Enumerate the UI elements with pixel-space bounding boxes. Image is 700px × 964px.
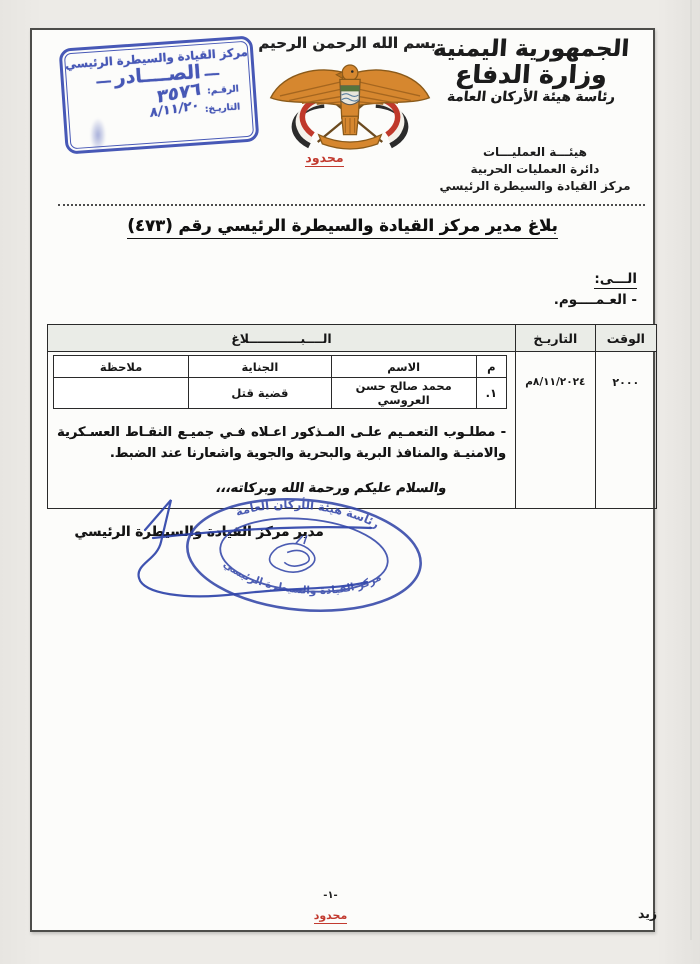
- name-column-header: الاسم: [331, 356, 476, 378]
- suspect-crime: قضية قتل: [189, 378, 332, 409]
- date-column-header: التاريـخ: [516, 325, 596, 352]
- suspect-serial: ١.: [476, 378, 506, 409]
- chest-shield-icon: [341, 86, 359, 105]
- war-operations-dept-line: دائرة العمليات الحربية: [423, 161, 647, 178]
- sub-table-header-row: م الاسم الجناية ملاحظة: [54, 356, 507, 378]
- document-page: مركز القيادة والسيطرة الرئيسي ـــ الصـــ…: [30, 28, 655, 932]
- page-number: -١-: [32, 890, 629, 901]
- scroll-icon: [319, 135, 382, 149]
- suspect-row: ١. محمد صالح حسن العروسي قضية قتل: [54, 378, 507, 409]
- oval-command-stamp: رئاسة هيئة الأركان العامة مركز القيادة و…: [183, 492, 426, 620]
- outgoing-number-label: الرقـم:: [207, 85, 239, 96]
- government-header: الجمهورية اليمنية وزارة الدفاع رئاسة هيئ…: [413, 36, 649, 105]
- report-table: الوقت التاريـخ الــــبــــــــــــلاغ ٢٠…: [47, 324, 657, 509]
- stamp-top-arc-text: رئاسة هيئة الأركان العامة: [233, 492, 384, 532]
- serial-column-header: م: [476, 356, 506, 378]
- operations-authority-line: هيئـــة العمليـــات: [423, 144, 647, 161]
- to-value: - العـمــــوم.: [554, 292, 637, 308]
- report-column-header: الــــبــــــــــــلاغ: [48, 325, 516, 352]
- report-cell: م الاسم الجناية ملاحظة ١. محمد صالح حسن …: [48, 352, 516, 509]
- yemen-eagle-emblem: [267, 60, 433, 154]
- classification-marking-bottom: محدود: [32, 904, 629, 923]
- stamp-center-emblem-icon: [269, 532, 317, 574]
- report-table-body-row: ٢٠٠٠ ٨/١١/٢٠٢٤م م الاسم الجناية ملاحظة ١…: [48, 352, 657, 509]
- command-center-line: مركز القيادة والسيطرة الرئيسي: [423, 178, 647, 195]
- department-header: هيئـــة العمليـــات دائرة العمليات الحرب…: [423, 144, 647, 194]
- time-column-header: الوقت: [595, 325, 656, 352]
- crime-column-header: الجناية: [189, 356, 332, 378]
- dotted-separator: [58, 204, 645, 206]
- country-name-calligraphy: الجمهورية اليمنية: [412, 36, 650, 62]
- outgoing-registry-stamp: مركز القيادة والسيطرة الرئيسي ـــ الصـــ…: [59, 35, 260, 154]
- to-label: الـــى:: [594, 271, 637, 289]
- suspects-sub-table: م الاسم الجناية ملاحظة ١. محمد صالح حسن …: [53, 355, 507, 409]
- signature-and-stamp: رئاسة هيئة الأركان العامة مركز القيادة و…: [127, 492, 457, 647]
- scan-artifact-line: [690, 0, 692, 940]
- suspect-note: [54, 378, 189, 409]
- time-value: ٢٠٠٠: [595, 352, 656, 509]
- ink-smudge: [90, 118, 106, 152]
- stamp-dash-left: ـــ: [96, 71, 111, 87]
- circulation-instruction: - مطلـوب التعمـيم علـى المـذكور اعـلاه ف…: [57, 422, 506, 465]
- classification-marking-top: محدود: [247, 150, 402, 165]
- svg-text:رئاسة هيئة الأركان العامة: رئاسة هيئة الأركان العامة: [233, 492, 384, 532]
- outgoing-date-label: التاريـخ:: [205, 103, 241, 114]
- report-table-header-row: الوقت التاريـخ الــــبــــــــــــلاغ: [48, 325, 657, 352]
- stamp-dash-right: ـــ: [204, 64, 219, 80]
- addressee-block: الـــى: - العـمــــوم.: [554, 268, 637, 308]
- general-staff-calligraphy: رئاسة هيئة الأركان العامة: [412, 89, 650, 105]
- handwritten-initial: زيد: [638, 906, 657, 921]
- scan-background: مركز القيادة والسيطرة الرئيسي ـــ الصـــ…: [0, 0, 700, 964]
- document-title: بلاغ مدير مركز القيادة والسيطرة الرئيسي …: [32, 216, 653, 235]
- ministry-name-calligraphy: وزارة الدفاع: [412, 60, 650, 89]
- note-column-header: ملاحظة: [54, 356, 189, 378]
- suspect-name: محمد صالح حسن العروسي: [331, 378, 476, 409]
